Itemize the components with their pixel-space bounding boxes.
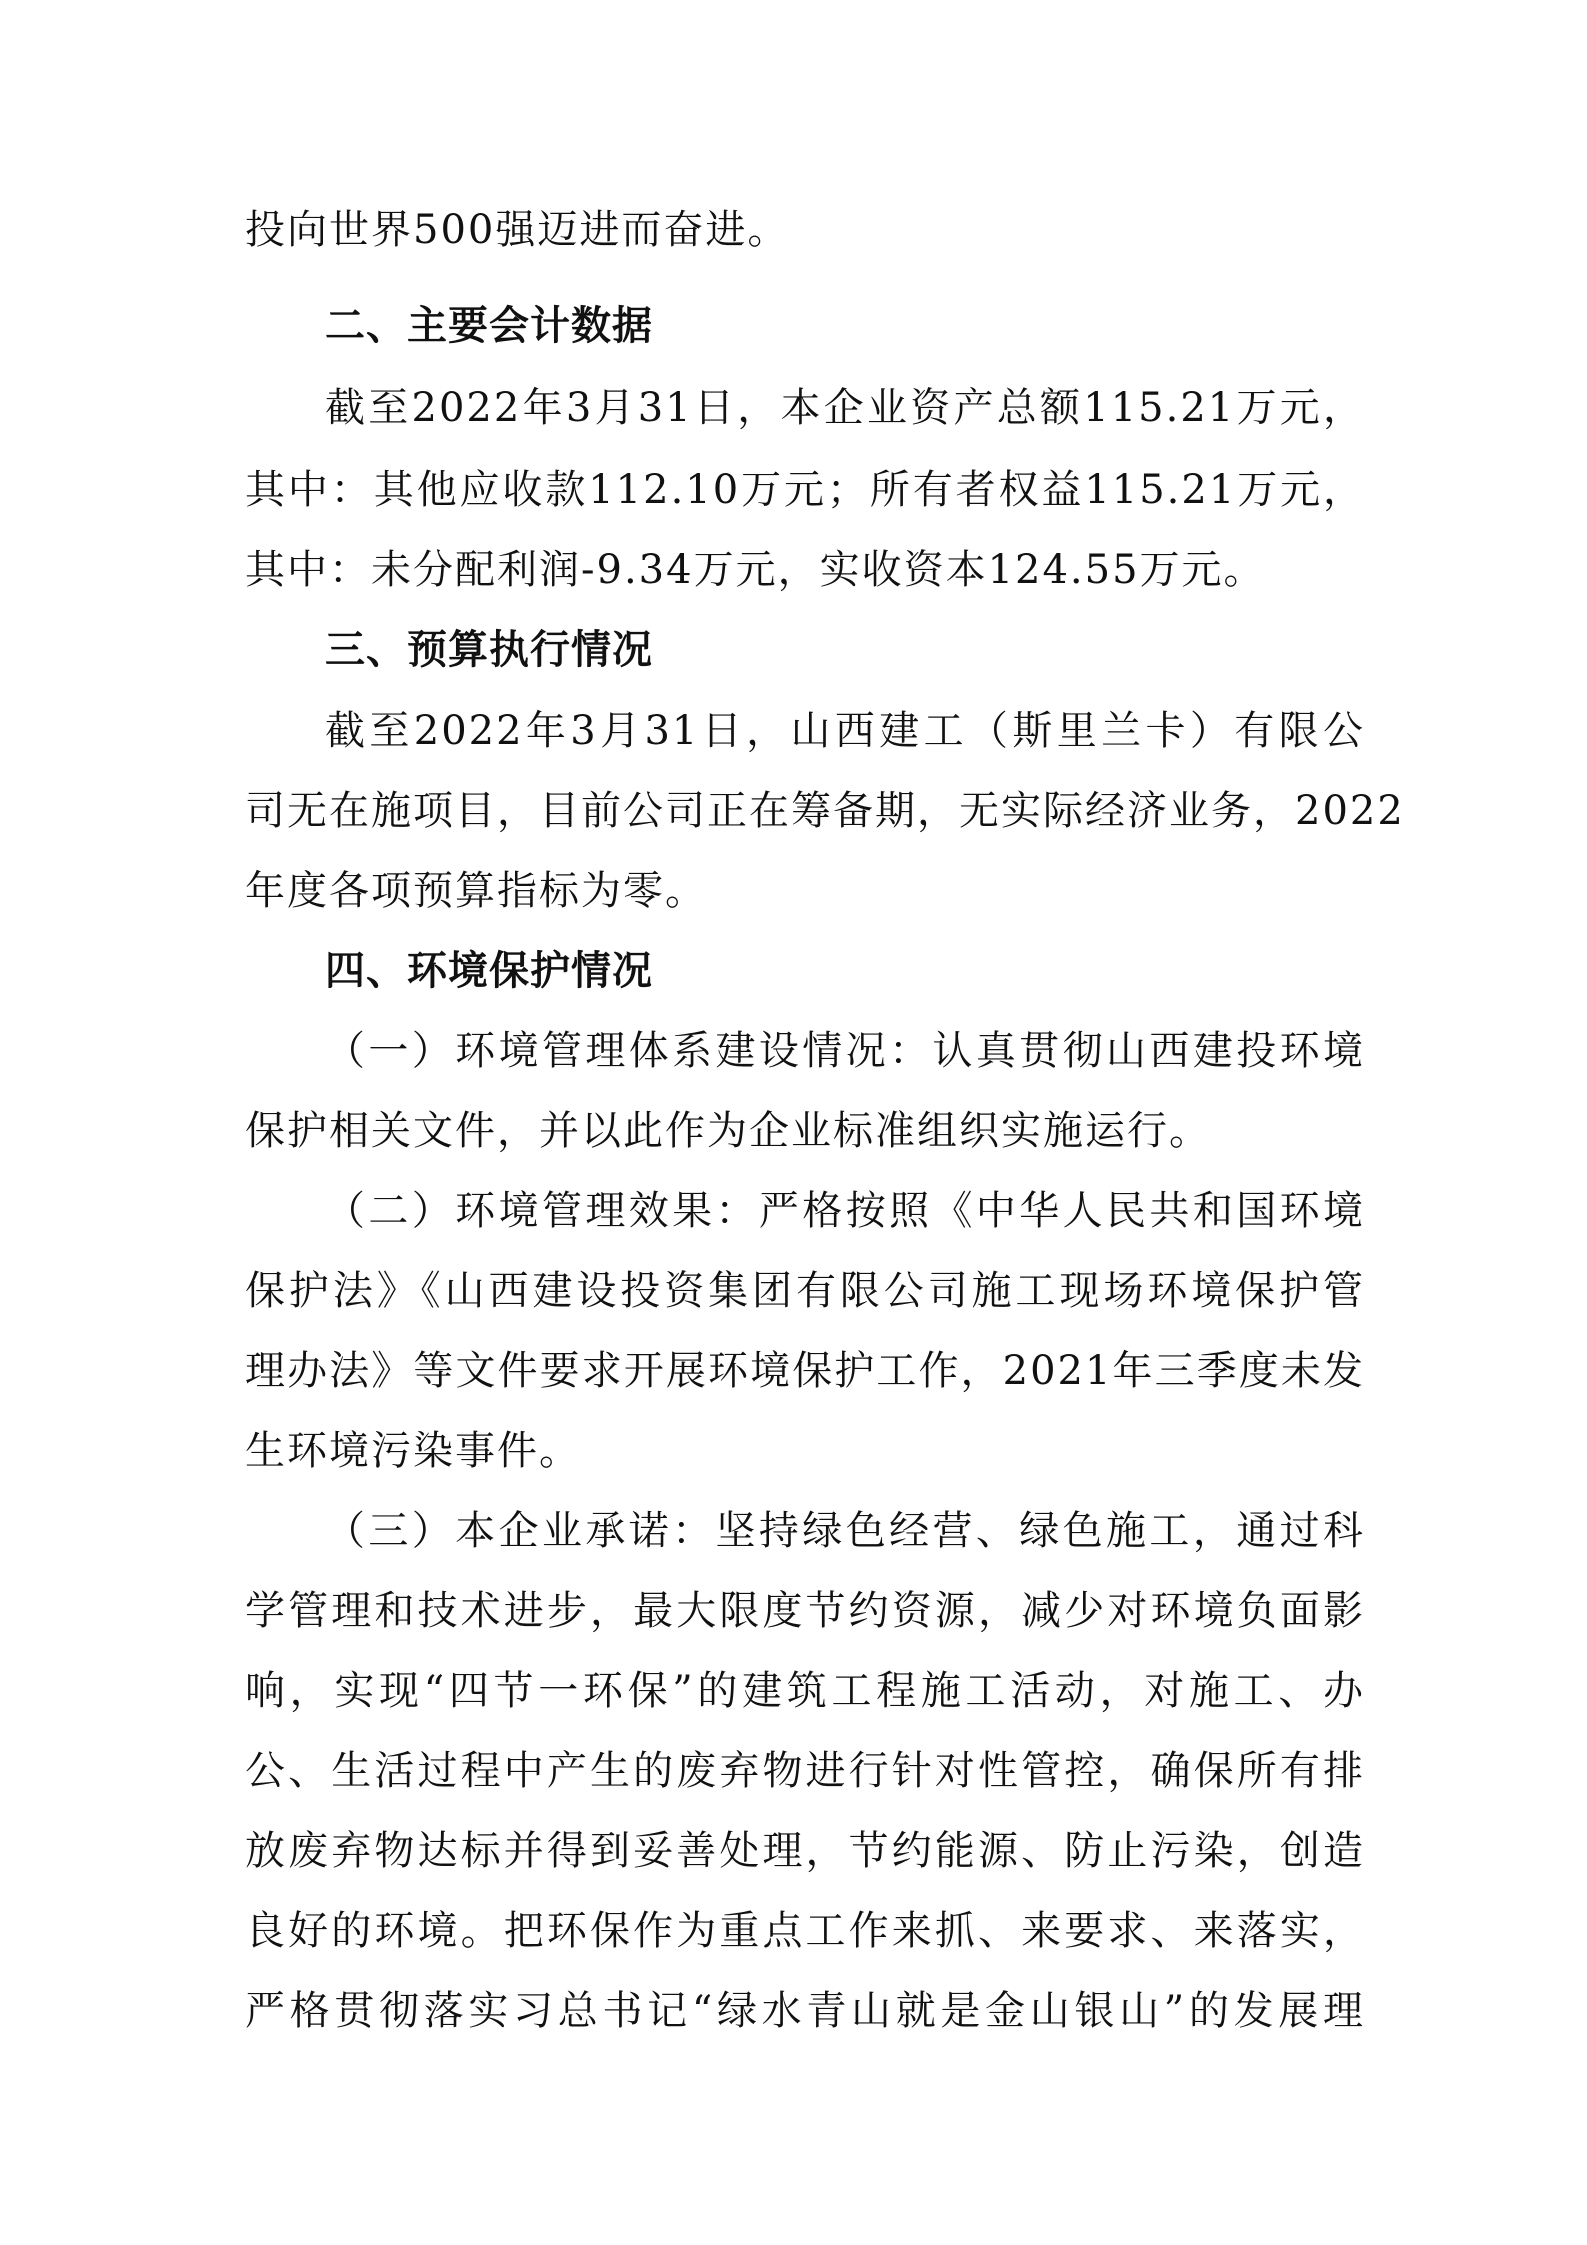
paragraph-line: 保护法》《山西建设投资集团有限公司施工现场环境保护管 — [245, 1263, 1365, 1319]
paragraph-line: 理办法》等文件要求开展环境保护工作，2021年三季度未发 — [245, 1343, 1365, 1399]
paragraph-line: 司无在施项目，目前公司正在筹备期，无实际经济业务，2022 — [245, 783, 1365, 839]
section-heading: 二、主要会计数据 — [325, 298, 1365, 354]
paragraph-line: 学管理和技术进步，最大限度节约资源，减少对环境负面影 — [245, 1583, 1365, 1639]
section-heading: 三、预算执行情况 — [325, 622, 1365, 678]
paragraph-line: （三）本企业承诺：坚持绿色经营、绿色施工，通过科 — [325, 1503, 1365, 1559]
paragraph-line: 截至2022年3月31日，山西建工（斯里兰卡）有限公 — [325, 703, 1365, 759]
paragraph-line: 截至2022年3月31日，本企业资产总额115.21万元， — [325, 380, 1365, 436]
paragraph-line: 严格贯彻落实习总书记“绿水青山就是金山银山”的发展理 — [245, 1983, 1365, 2039]
paragraph-line: 良好的环境。把环保作为重点工作来抓、来要求、来落实， — [245, 1903, 1365, 1959]
paragraph-line: 放废弃物达标并得到妥善处理，节约能源、防止污染，创造 — [245, 1823, 1365, 1879]
paragraph-line: 公、生活过程中产生的废弃物进行针对性管控，确保所有排 — [245, 1743, 1365, 1799]
paragraph-line: 保护相关文件，并以此作为企业标准组织实施运行。 — [245, 1103, 1365, 1159]
paragraph-line: 其中：未分配利润-9.34万元，实收资本124.55万元。 — [245, 542, 1365, 598]
paragraph-line: 其中：其他应收款112.10万元；所有者权益115.21万元， — [245, 462, 1365, 518]
paragraph-line: （二）环境管理效果：严格按照《中华人民共和国环境 — [325, 1183, 1365, 1239]
paragraph-line: （一）环境管理体系建设情况：认真贯彻山西建投环境 — [325, 1023, 1365, 1079]
paragraph-line: 投向世界500强迈进而奋进。 — [245, 202, 1365, 258]
section-heading: 四、环境保护情况 — [325, 943, 1365, 999]
paragraph-line: 生环境污染事件。 — [245, 1423, 1365, 1479]
paragraph-line: 年度各项预算指标为零。 — [245, 863, 1365, 919]
paragraph-line: 响，实现“四节一环保”的建筑工程施工活动，对施工、办 — [245, 1663, 1365, 1719]
